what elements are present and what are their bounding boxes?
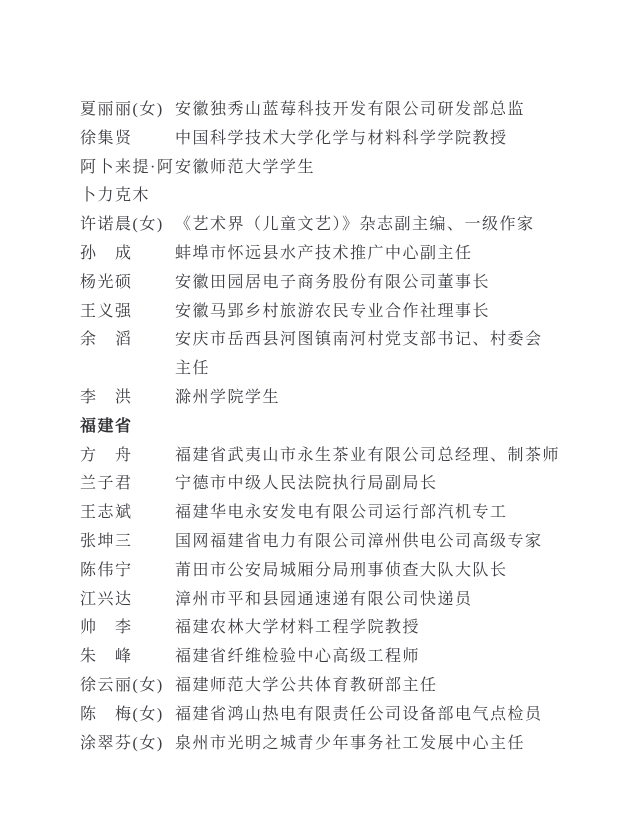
list-row: 陈 梅(女) 福建省鸿山热电有限责任公司设备部电气点检员	[80, 701, 610, 730]
list-row: 王志斌 福建华电永安发电有限公司运行部汽机专工	[80, 499, 610, 528]
list-row: 余 滔 安庆市岳西县河图镇南河村党支部书记、村委会 主任	[80, 326, 610, 384]
person-name: 兰子君	[80, 470, 175, 499]
person-title: 《艺术界（儿童文艺）》杂志副主编、一级作家	[175, 211, 610, 240]
person-name: 徐集贤	[80, 125, 175, 154]
person-title: 莆田市公安局城厢分局刑事侦查大队大队长	[175, 557, 610, 586]
list-row: 许诺晨(女) 《艺术界（儿童文艺）》杂志副主编、一级作家	[80, 211, 610, 240]
person-name: 阿卜来提·阿 卜力克木	[80, 154, 175, 212]
person-name: 帅 李	[80, 614, 175, 643]
person-name: 陈伟宁	[80, 557, 175, 586]
person-name: 江兴达	[80, 586, 175, 615]
person-title: 安徽师范大学学生	[175, 154, 610, 183]
person-title: 福建省纤维检验中心高级工程师	[175, 643, 610, 672]
list-row: 涂翠芬(女) 泉州市光明之城青少年事务社工发展中心主任	[80, 730, 610, 759]
person-name: 方 舟	[80, 442, 175, 471]
person-title: 宁德市中级人民法院执行局副局长	[175, 470, 610, 499]
person-name: 孙 成	[80, 240, 175, 269]
person-name: 朱 峰	[80, 643, 175, 672]
person-title: 安徽田园居电子商务股份有限公司董事长	[175, 269, 610, 298]
person-name: 王志斌	[80, 499, 175, 528]
list-row: 夏丽丽(女) 安徽独秀山蓝莓科技开发有限公司研发部总监	[80, 96, 610, 125]
honor-roll-list: 夏丽丽(女) 安徽独秀山蓝莓科技开发有限公司研发部总监 徐集贤 中国科学技术大学…	[80, 96, 610, 758]
person-title: 福建师范大学公共体育教研部主任	[175, 672, 610, 701]
person-title: 漳州市平和县园通速递有限公司快递员	[175, 586, 610, 615]
list-row: 阿卜来提·阿 卜力克木 安徽师范大学学生	[80, 154, 610, 212]
list-row: 江兴达 漳州市平和县园通速递有限公司快递员	[80, 586, 610, 615]
person-name: 杨光硕	[80, 269, 175, 298]
person-title: 福建省武夷山市永生茶业有限公司总经理、制茶师	[175, 442, 610, 471]
list-row: 帅 李 福建农林大学材料工程学院教授	[80, 614, 610, 643]
person-name: 王义强	[80, 298, 175, 327]
person-title: 蚌埠市怀远县水产技术推广中心副主任	[175, 240, 610, 269]
person-title: 滁州学院学生	[175, 384, 610, 413]
section-header-row: 福建省	[80, 413, 610, 442]
person-name: 许诺晨(女)	[80, 211, 175, 240]
list-row: 李 洪 滁州学院学生	[80, 384, 610, 413]
person-title: 安徽马郢乡村旅游农民专业合作社理事长	[175, 298, 610, 327]
document-page: 夏丽丽(女) 安徽独秀山蓝莓科技开发有限公司研发部总监 徐集贤 中国科学技术大学…	[0, 0, 640, 828]
list-row: 陈伟宁 莆田市公安局城厢分局刑事侦查大队大队长	[80, 557, 610, 586]
list-row: 徐云丽(女) 福建师范大学公共体育教研部主任	[80, 672, 610, 701]
person-name: 李 洪	[80, 384, 175, 413]
list-row: 孙 成 蚌埠市怀远县水产技术推广中心副主任	[80, 240, 610, 269]
person-title: 中国科学技术大学化学与材料科学学院教授	[175, 125, 610, 154]
section-header-fujian: 福建省	[80, 418, 133, 435]
person-title: 安徽独秀山蓝莓科技开发有限公司研发部总监	[175, 96, 610, 125]
person-name: 涂翠芬(女)	[80, 730, 175, 759]
list-row: 徐集贤 中国科学技术大学化学与材料科学学院教授	[80, 125, 610, 154]
list-row: 杨光硕 安徽田园居电子商务股份有限公司董事长	[80, 269, 610, 298]
person-title: 安庆市岳西县河图镇南河村党支部书记、村委会 主任	[175, 326, 610, 384]
person-name: 张坤三	[80, 528, 175, 557]
person-name: 余 滔	[80, 326, 175, 355]
list-row: 兰子君 宁德市中级人民法院执行局副局长	[80, 470, 610, 499]
list-row: 朱 峰 福建省纤维检验中心高级工程师	[80, 643, 610, 672]
person-title: 国网福建省电力有限公司漳州供电公司高级专家	[175, 528, 610, 557]
list-row: 张坤三 国网福建省电力有限公司漳州供电公司高级专家	[80, 528, 610, 557]
person-title: 福建华电永安发电有限公司运行部汽机专工	[175, 499, 610, 528]
person-title: 泉州市光明之城青少年事务社工发展中心主任	[175, 730, 610, 759]
list-row: 方 舟 福建省武夷山市永生茶业有限公司总经理、制茶师	[80, 442, 610, 471]
person-name: 夏丽丽(女)	[80, 96, 175, 125]
list-row: 王义强 安徽马郢乡村旅游农民专业合作社理事长	[80, 298, 610, 327]
person-name: 徐云丽(女)	[80, 672, 175, 701]
person-title: 福建农林大学材料工程学院教授	[175, 614, 610, 643]
person-title: 福建省鸿山热电有限责任公司设备部电气点检员	[175, 701, 610, 730]
person-name: 陈 梅(女)	[80, 701, 175, 730]
